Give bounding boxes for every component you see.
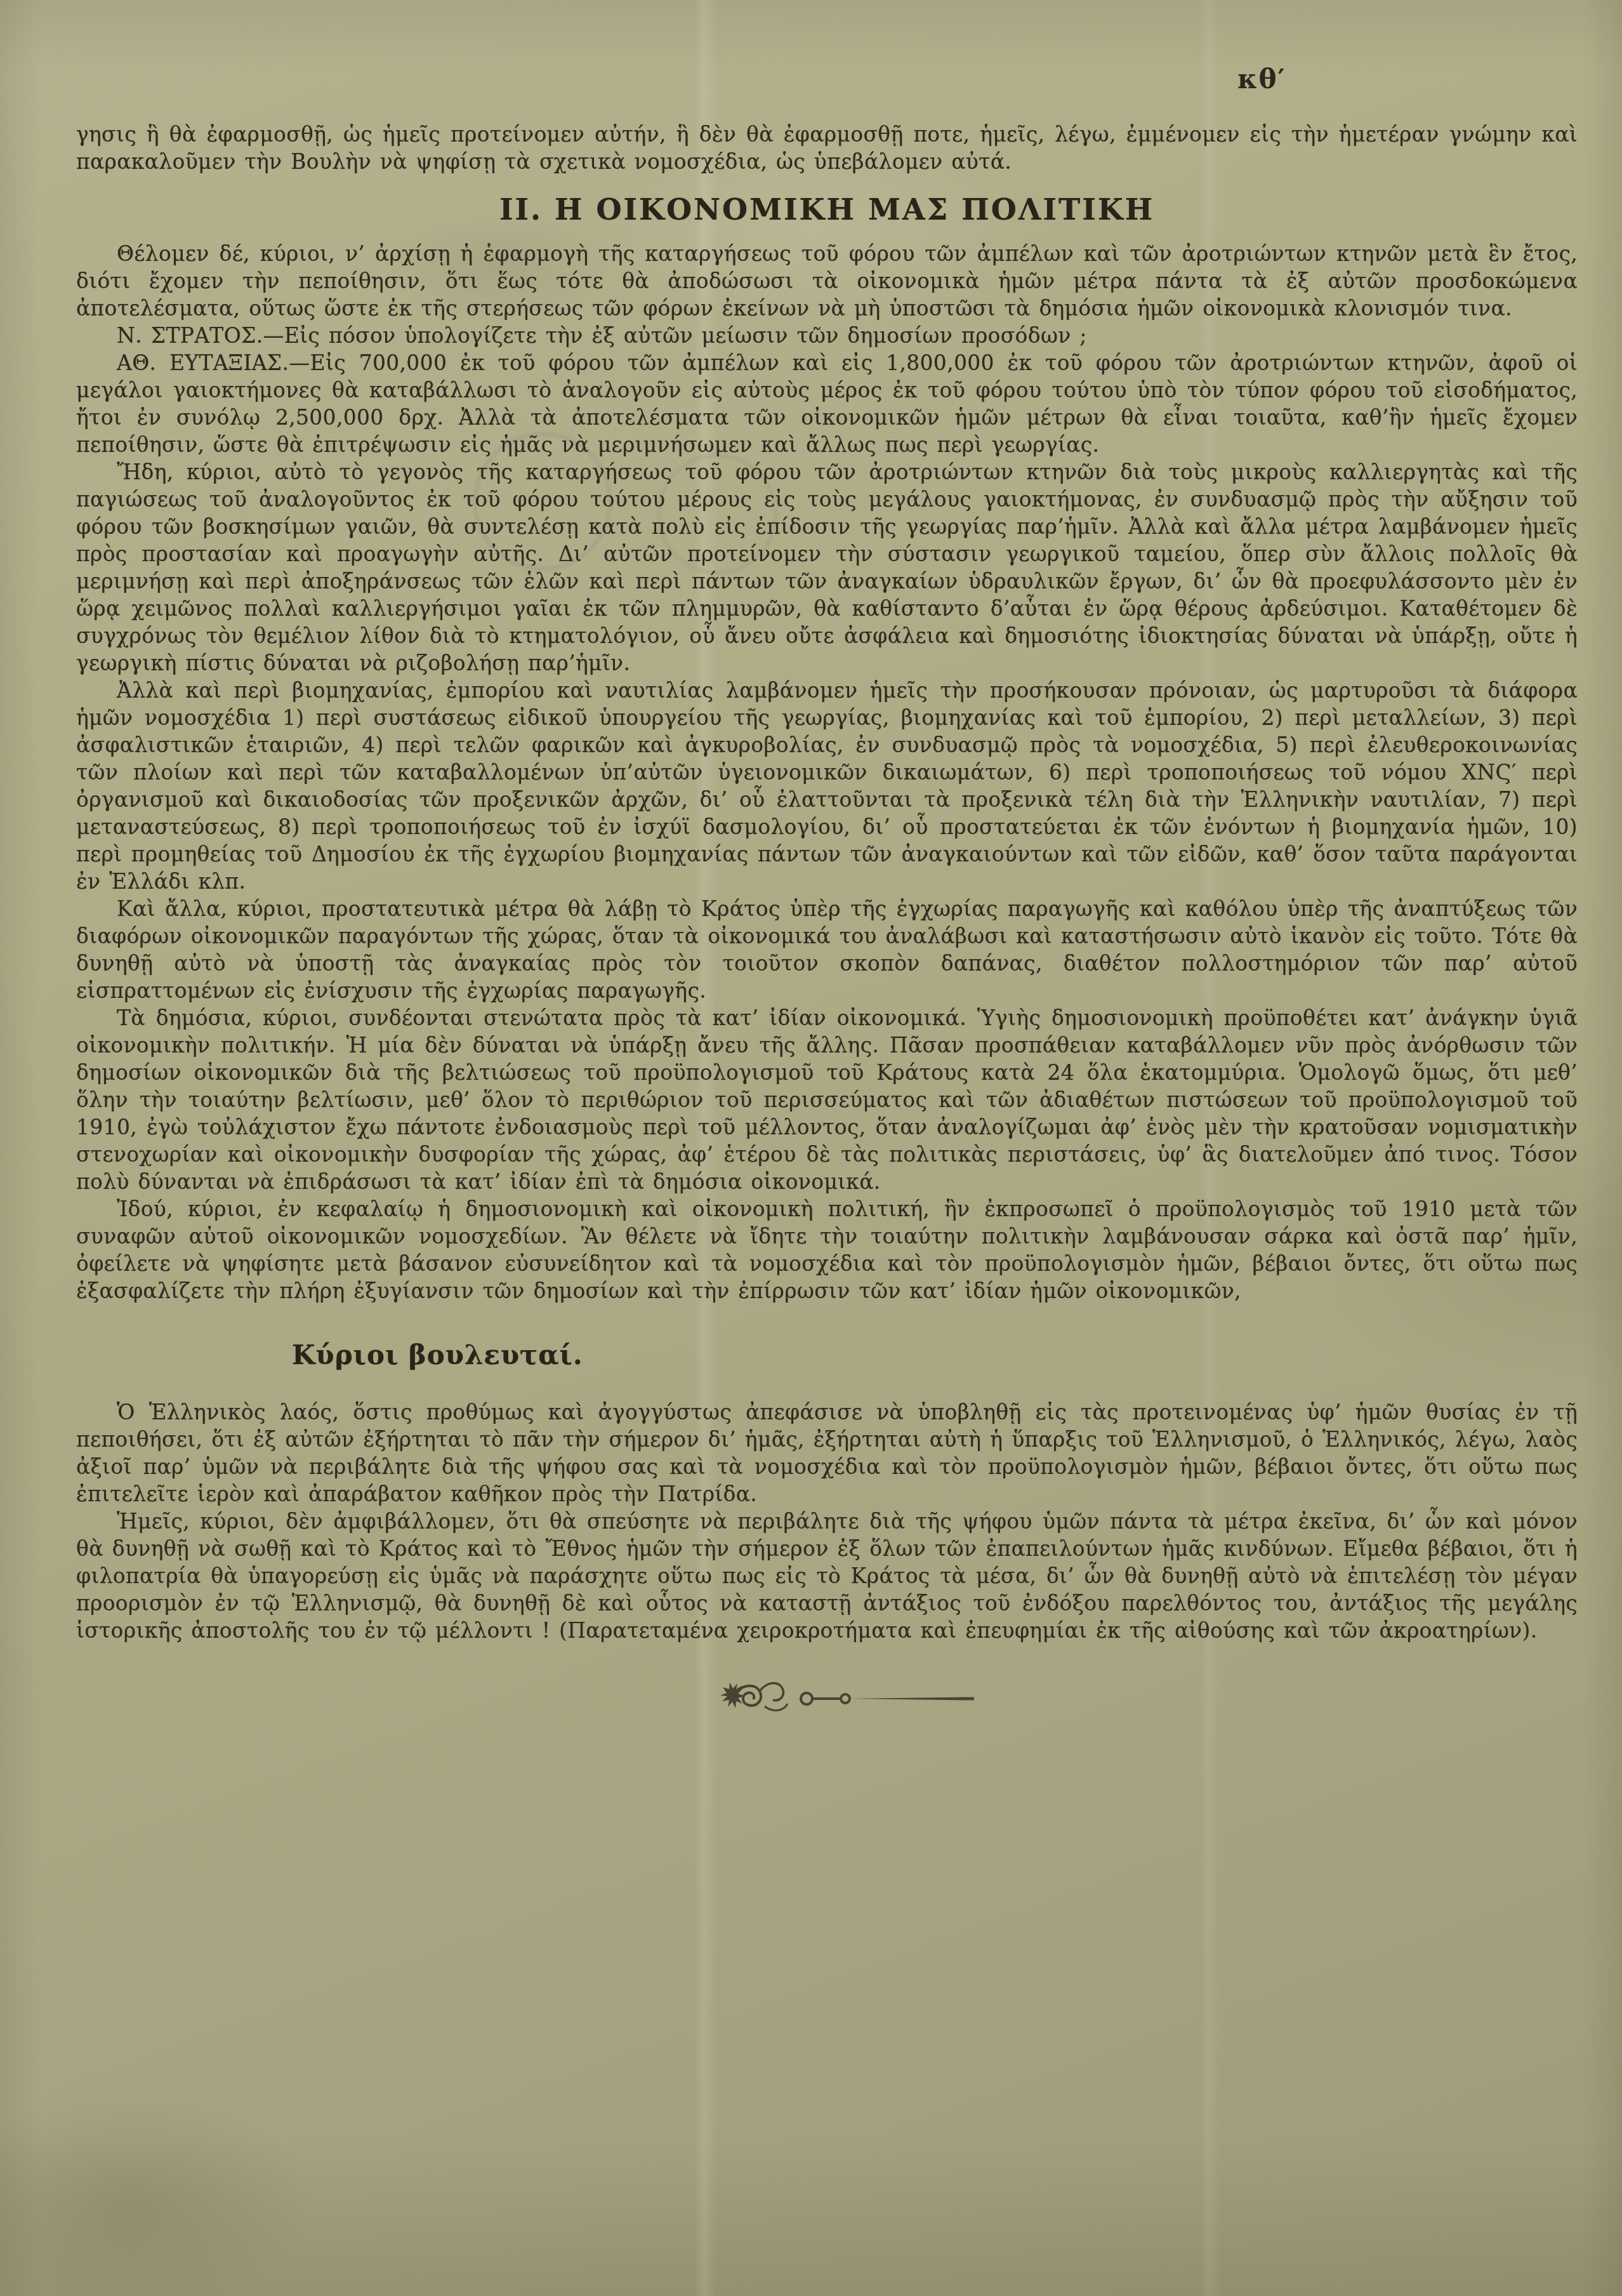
paragraph: Θέλομεν δέ, κύριοι, ν’ ἀρχίσῃ ἡ ἐφαρμογὴ… bbox=[76, 240, 1578, 322]
address-heading: Κύριοι βουλευταί. bbox=[292, 1340, 1578, 1370]
paragraph-closing: Ἡμεῖς, κύριοι, δὲν ἀμφιβάλλομεν, ὅτι θὰ … bbox=[76, 1508, 1578, 1644]
paragraph: Ἀλλὰ καὶ περὶ βιομηχανίας, ἐμπορίου καὶ … bbox=[76, 677, 1578, 895]
paragraph: Καὶ ἄλλα, κύριοι, προστατευτικὰ μέτρα θὰ… bbox=[76, 895, 1578, 1004]
paragraph: Ἰδού, κύριοι, ἐν κεφαλαίῳ ἡ δημοσιονομικ… bbox=[76, 1195, 1578, 1304]
paragraph: Τὰ δημόσια, κύριοι, συνδέονται στενώτατα… bbox=[76, 1004, 1578, 1195]
end-ornament-flourish bbox=[701, 1673, 1057, 1718]
paragraph-dialogue-stratos: Ν. ΣΤΡΑΤΟΣ.—Εἰς πόσον ὑπολογίζετε τὴν ἐξ… bbox=[76, 322, 1578, 349]
paragraph-closing: Ὁ Ἑλληνικὸς λαός, ὅστις προθύμως καὶ ἀγο… bbox=[76, 1398, 1578, 1508]
section-heading: ΙΙ. Η ΟΙΚΟΝΟΜΙΚΗ ΜΑΣ ΠΟΛΙΤΙΚΗ bbox=[76, 192, 1578, 227]
flourish-graphic bbox=[720, 1682, 974, 1710]
text-block: γησις ἣ θὰ ἐφαρμοσθῇ, ὡς ἡμεῖς προτείνομ… bbox=[0, 0, 1622, 1718]
paragraph: Ἤδη, κύριοι, αὐτὸ τὸ γεγονὸς τῆς καταργή… bbox=[76, 458, 1578, 677]
scanned-document-page: κθ′ γησις ἣ θὰ ἐφαρμοσθῇ, ὡς ἡμεῖς προτε… bbox=[0, 0, 1622, 2296]
paragraph-dialogue-eutaxias: ΑΘ. ΕΥΤΑΞΙΑΣ.—Εἰς 700,000 ἐκ τοῦ φόρου τ… bbox=[76, 349, 1578, 458]
paragraph-continuation: γησις ἣ θὰ ἐφαρμοσθῇ, ὡς ἡμεῖς προτείνομ… bbox=[76, 121, 1578, 175]
